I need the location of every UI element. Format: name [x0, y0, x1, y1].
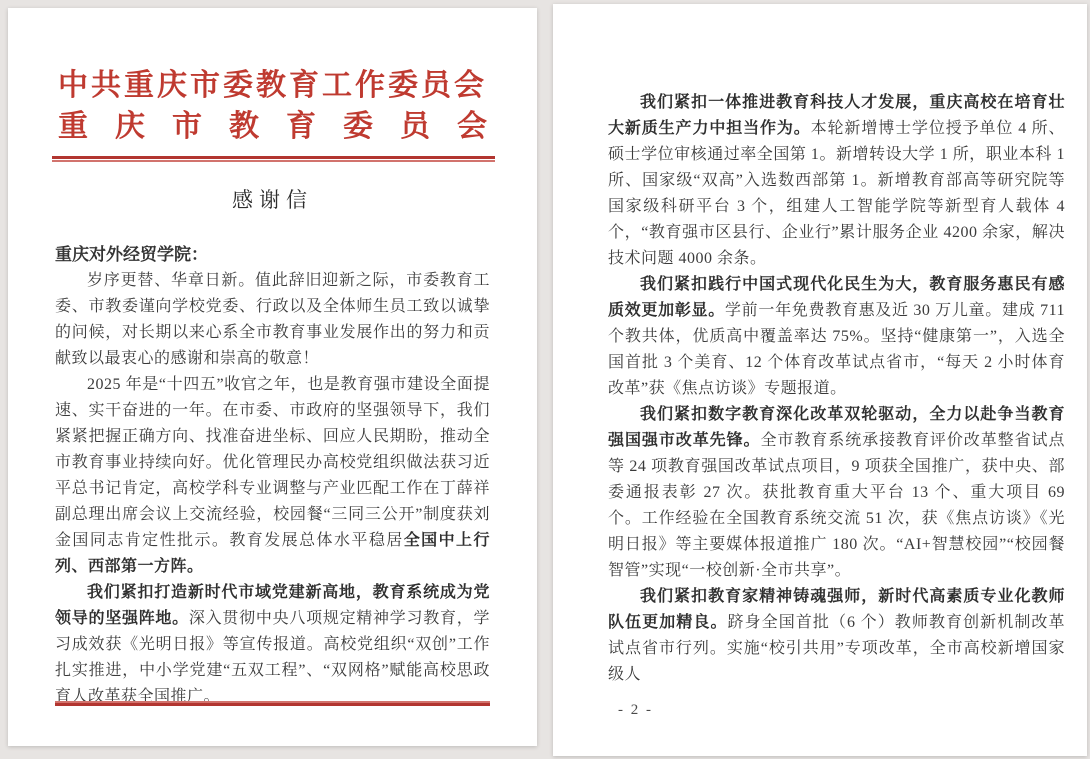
text-segment: 全市教育系统承接教育评价改革整省试点等 24 项教育强国改革试点项目，9 项获全…	[608, 432, 1065, 579]
salutation: 重庆对外经贸学院：	[55, 242, 490, 268]
paragraph: 我们紧扣打造新时代市域党建新高地，教育系统成为党领导的坚强阵地。深入贯彻中央八项…	[55, 580, 490, 710]
paragraph: 我们紧扣践行中国式现代化民生为大，教育服务惠民有感质效更加彰显。学前一年免费教育…	[608, 272, 1065, 402]
letterhead-line-2: 重庆市教育委员会	[8, 106, 537, 148]
text-segment: 本轮新增博士学位授予单位 4 所、硕士学位审核通过率全国第 1。新增转设大学 1…	[608, 120, 1065, 267]
letterhead-double-rule	[52, 156, 495, 162]
page-1-body: 重庆对外经贸学院： 岁序更替、华章日新。值此辞旧迎新之际，市委教育工委、市教委谨…	[8, 242, 537, 710]
page-number: - 2 -	[608, 702, 1065, 719]
paragraph: 我们紧扣数字教育深化改革双轮驱动，全力以赴争当教育强国强市改革先锋。全市教育系统…	[608, 402, 1065, 584]
letter-page-1: 中共重庆市委教育工作委员会 重庆市教育委员会 感谢信 重庆对外经贸学院： 岁序更…	[8, 8, 537, 746]
paragraph: 我们紧扣一体推进教育科技人才发展，重庆高校在培育壮大新质生产力中担当作为。本轮新…	[608, 90, 1065, 272]
paragraph: 岁序更替、华章日新。值此辞旧迎新之际，市委教育工委、市教委谨向学校党委、行政以及…	[55, 268, 490, 372]
letterhead-line-1: 中共重庆市委教育工作委员会	[8, 66, 537, 106]
letterhead: 中共重庆市委教育工作委员会 重庆市教育委员会	[8, 8, 537, 148]
paragraph: 2025 年是“十四五”收官之年，也是教育强市建设全面提速、实干奋进的一年。在市…	[55, 372, 490, 580]
text-segment: 2025 年是“十四五”收官之年，也是教育强市建设全面提速、实干奋进的一年。在市…	[55, 376, 490, 549]
text-segment: 岁序更替、华章日新。值此辞旧迎新之际，市委教育工委、市教委谨向学校党委、行政以及…	[55, 272, 490, 367]
page-2-body: 我们紧扣一体推进教育科技人才发展，重庆高校在培育壮大新质生产力中担当作为。本轮新…	[553, 4, 1087, 719]
footer-double-rule	[55, 701, 490, 706]
page-1-paragraphs: 岁序更替、华章日新。值此辞旧迎新之际，市委教育工委、市教委谨向学校党委、行政以及…	[55, 268, 490, 710]
paragraph: 我们紧扣教育家精神铸魂强师，新时代高素质专业化教师队伍更加精良。跻身全国首批（6…	[608, 584, 1065, 688]
document-title: 感谢信	[8, 184, 537, 214]
page-2-paragraphs: 我们紧扣一体推进教育科技人才发展，重庆高校在培育壮大新质生产力中担当作为。本轮新…	[608, 90, 1065, 688]
letter-page-2: 我们紧扣一体推进教育科技人才发展，重庆高校在培育壮大新质生产力中担当作为。本轮新…	[553, 4, 1087, 756]
